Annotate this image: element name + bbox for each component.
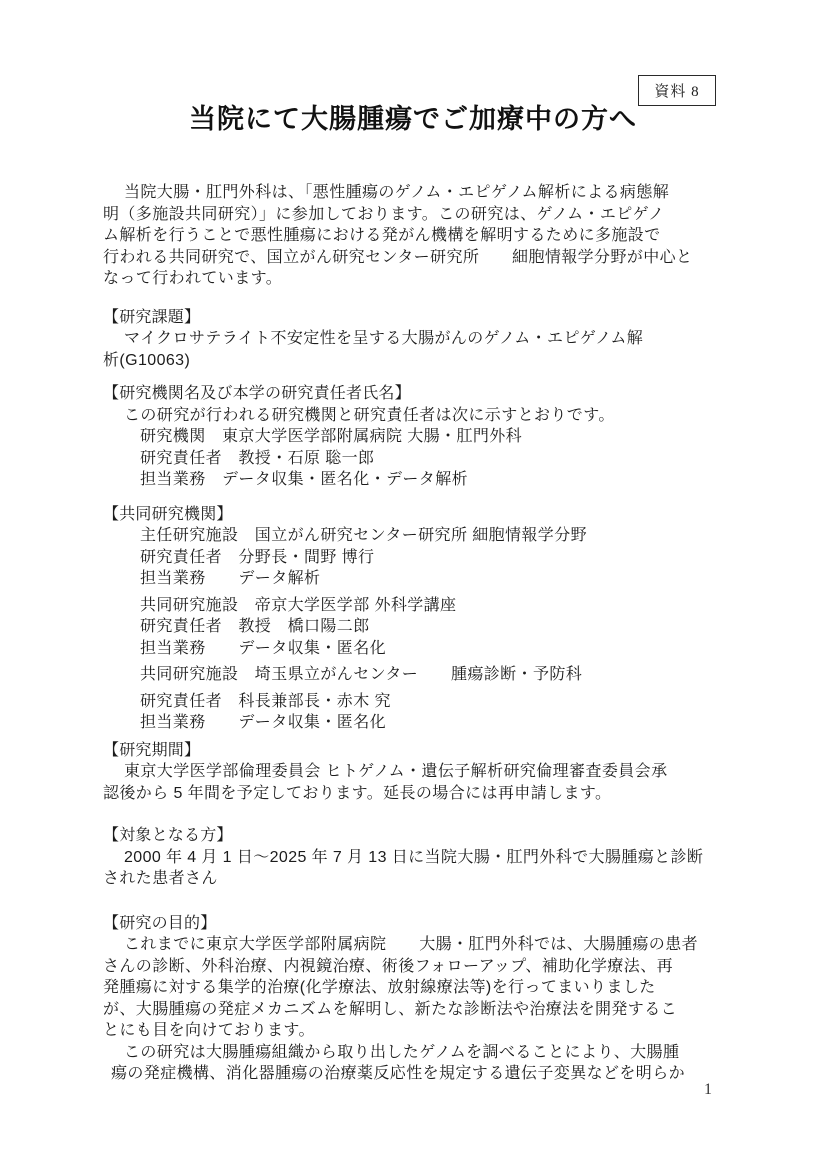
section-heading: 【研究機関名及び本学の研究責任者氏名】 [103, 383, 719, 405]
section-research-purpose: 【研究の目的】 これまでに東京大学医学部附属病院 大腸・肛門外科では、大腸腫瘍の… [103, 913, 719, 1085]
text-line: 研究責任者 科長兼部長・赤木 究 [103, 691, 719, 713]
text-line: 担当業務 データ解析 [103, 568, 719, 590]
page-number: 1 [0, 1081, 712, 1099]
section-heading: 【研究の目的】 [103, 913, 719, 935]
document-body: 当院大腸・肛門外科は、「悪性腫瘍のゲノム・エピゲノム解析による病態解 明（多施設… [103, 182, 719, 1085]
text-line: 行われる共同研究で、国立がん研究センター研究所 細胞情報学分野が中心と [103, 247, 719, 269]
text-line: 2000 年 4 月 1 日～2025 年 7 月 13 日に当院大腸・肛門外科… [103, 847, 719, 869]
text-line: 担当業務 データ収集・匿名化 [103, 712, 719, 734]
text-line: とにも目を向けております。 [103, 1020, 719, 1042]
text-line: マイクロサテライト不安定性を呈する大腸がんのゲノム・エピゲノム解 [103, 328, 719, 350]
text-line: 研究責任者 分野長・間野 博行 [103, 547, 719, 569]
document-page: 資料 8 当院にて大腸腫瘍でご加療中の方へ 当院大腸・肛門外科は、「悪性腫瘍のゲ… [0, 0, 826, 1169]
section-research-period: 【研究期間】 東京大学医学部倫理委員会 ヒトゲノム・遺伝子解析研究倫理審査委員会… [103, 740, 719, 805]
intro-paragraph: 当院大腸・肛門外科は、「悪性腫瘍のゲノム・エピゲノム解析による病態解 明（多施設… [103, 182, 719, 290]
section-research-title: 【研究課題】 マイクロサテライト不安定性を呈する大腸がんのゲノム・エピゲノム解 … [103, 307, 719, 372]
section-heading: 【共同研究機関】 [103, 504, 719, 526]
text-line: 共同研究施設 帝京大学医学部 外科学講座 [103, 595, 719, 617]
section-eligible-patients: 【対象となる方】 2000 年 4 月 1 日～2025 年 7 月 13 日に… [103, 825, 719, 890]
text-line: さんの診断、外科治療、内視鏡治療、術後フォローアップ、補助化学療法、再 [103, 956, 719, 978]
text-line: 担当業務 データ収集・匿名化・データ解析 [103, 469, 719, 491]
text-line: 研究責任者 教授・石原 聡一郎 [103, 448, 719, 470]
page-title: 当院にて大腸腫瘍でご加療中の方へ [0, 97, 826, 136]
text-line: これまでに東京大学医学部附属病院 大腸・肛門外科では、大腸腫瘍の患者 [103, 934, 719, 956]
section-heading: 【対象となる方】 [103, 825, 719, 847]
text-line: が、大腸腫瘍の発症メカニズムを解明し、新たな診断法や治療法を開発するこ [103, 999, 719, 1021]
text-line: 研究責任者 教授 橋口陽二郎 [103, 616, 719, 638]
text-line: 東京大学医学部倫理委員会 ヒトゲノム・遺伝子解析研究倫理審査委員会承 [103, 761, 719, 783]
text-line: 主任研究施設 国立がん研究センター研究所 細胞情報学分野 [103, 525, 719, 547]
text-line: なって行われています。 [103, 268, 719, 290]
text-line: 認後から 5 年間を予定しております。延長の場合には再申請します。 [103, 783, 719, 805]
text-line: された患者さん [103, 868, 719, 890]
text-line: ム解析を行うことで悪性腫瘍における発がん機構を解明するために多施設で [103, 225, 719, 247]
text-line: 共同研究施設 埼玉県立がんセンター 腫瘍診断・予防科 [103, 664, 719, 686]
section-collaborating-institutions: 【共同研究機関】 主任研究施設 国立がん研究センター研究所 細胞情報学分野 研究… [103, 504, 719, 734]
text-line: この研究は大腸腫瘍組織から取り出したゲノムを調べることにより、大腸腫 [103, 1042, 719, 1064]
section-heading: 【研究課題】 [103, 307, 719, 329]
text-line: 明（多施設共同研究）」に参加しております。この研究は、ゲノム・エピゲノ [103, 204, 719, 226]
text-line: 発腫瘍に対する集学的治療(化学療法、放射線療法等)を行ってまいりました [103, 977, 719, 999]
text-line: 析(G10063) [103, 350, 719, 372]
text-line: この研究が行われる研究機関と研究責任者は次に示すとおりです。 [103, 405, 719, 427]
text-line: 研究機関 東京大学医学部附属病院 大腸・肛門外科 [103, 426, 719, 448]
text-line: 当院大腸・肛門外科は、「悪性腫瘍のゲノム・エピゲノム解析による病態解 [103, 182, 719, 204]
section-institutions: 【研究機関名及び本学の研究責任者氏名】 この研究が行われる研究機関と研究責任者は… [103, 383, 719, 491]
text-line: 担当業務 データ収集・匿名化 [103, 638, 719, 660]
section-heading: 【研究期間】 [103, 740, 719, 762]
